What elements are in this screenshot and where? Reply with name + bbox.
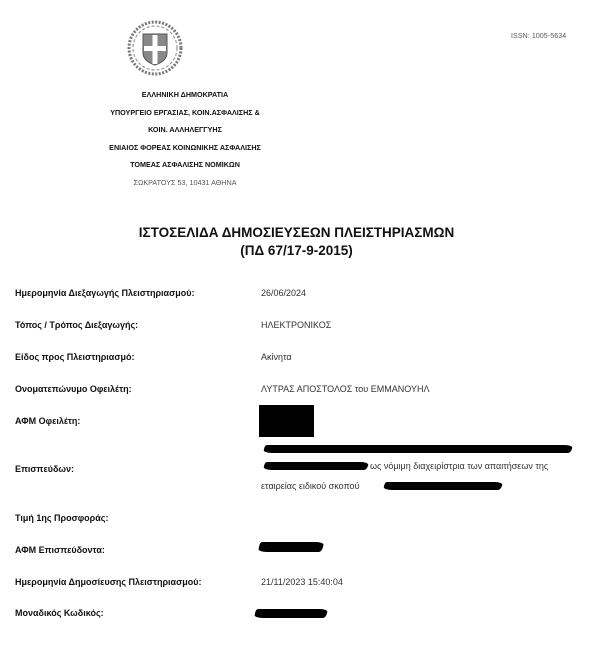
header-line-republic: ΕΛΛΗΝΙΚΗ ΔΗΜΟΚΡΑΤΙΑ bbox=[60, 86, 310, 104]
field-debtor-tax-id: ΑΦΜ Οφειλέτη: bbox=[15, 416, 80, 426]
field-label: Ημερομηνία Δημοσίευσης Πλειστηριασμού: bbox=[15, 577, 201, 587]
field-label: Τιμή 1ης Προσφοράς: bbox=[15, 513, 108, 523]
field-label: ΑΦΜ Επισπεύδοντα: bbox=[15, 545, 105, 555]
field-auction-date: Ημερομηνία Διεξαγωγής Πλειστηριασμού: bbox=[15, 288, 194, 298]
field-value-pursuing-party-line1: ως νόμιμη διαχειρίστρια των απαιτήσεων τ… bbox=[370, 461, 548, 471]
header-line-efka: ΕΝΙΑΙΟΣ ΦΟΡΕΑΣ ΚΟΙΝΩΝΙΚΗΣ ΑΣΦΑΛΙΣΗΣ bbox=[60, 139, 310, 157]
redaction-pursuing-party-line1 bbox=[263, 445, 573, 453]
field-label: Ημερομηνία Διεξαγωγής Πλειστηριασμού: bbox=[15, 288, 194, 298]
field-value-auction-date: 26/06/2024 bbox=[261, 288, 306, 298]
field-value-publication-date: 21/11/2023 15:40:04 bbox=[261, 577, 343, 587]
field-label: ΑΦΜ Οφειλέτη: bbox=[15, 416, 80, 426]
header-line-sector: ΤΟΜΕΑΣ ΑΣΦΑΛΙΣΗΣ ΝΟΜΙΚΩΝ bbox=[60, 156, 310, 174]
field-label: Επισπεύδων: bbox=[15, 464, 74, 474]
issuer-header: ΕΛΛΗΝΙΚΗ ΔΗΜΟΚΡΑΤΙΑ ΥΠΟΥΡΓΕΙΟ ΕΡΓΑΣΙΑΣ, … bbox=[60, 86, 310, 191]
field-place-method: Τόπος / Τρόπος Διεξαγωγής: bbox=[15, 320, 138, 330]
title-line-1: ΙΣΤΟΣΕΛΙΔΑ ΔΗΜΟΣΙΕΥΣΕΩΝ ΠΛΕΙΣΤΗΡΙΑΣΜΩΝ bbox=[0, 224, 593, 242]
header-line-ministry-cont: ΚΟΙΝ. ΑΛΛΗΛΕΓΓΥΗΣ bbox=[60, 121, 310, 139]
redaction-unique-code bbox=[254, 609, 328, 618]
field-label: Μοναδικός Κωδικός: bbox=[15, 608, 104, 618]
header-address: ΣΩΚΡΑΤΟΥΣ 53, 10431 ΑΘΗΝΑ bbox=[60, 174, 310, 192]
redaction-pursuing-party-line2 bbox=[263, 462, 369, 470]
field-item-type: Είδος προς Πλειστηριασμό: bbox=[15, 352, 134, 362]
redaction-debtor-tax-id bbox=[259, 405, 314, 437]
field-pursuer-tax-id: ΑΦΜ Επισπεύδοντα: bbox=[15, 545, 105, 555]
field-publication-date: Ημερομηνία Δημοσίευσης Πλειστηριασμού: bbox=[15, 577, 201, 587]
field-label: Ονοματεπώνυμο Οφειλέτη: bbox=[15, 384, 132, 394]
field-value-debtor-name: ΛΥΤΡΑΣ ΑΠΟΣΤΟΛΟΣ του ΕΜΜΑΝΟΥΗΛ bbox=[261, 384, 429, 394]
field-label: Είδος προς Πλειστηριασμό: bbox=[15, 352, 134, 362]
field-unique-code: Μοναδικός Κωδικός: bbox=[15, 608, 104, 618]
field-pursuing-party: Επισπεύδων: bbox=[15, 464, 74, 474]
field-first-offer-price: Τιμή 1ης Προσφοράς: bbox=[15, 513, 108, 523]
header-line-ministry: ΥΠΟΥΡΓΕΙΟ ΕΡΓΑΣΙΑΣ, ΚΟΙΝ.ΑΣΦΑΛΙΣΗΣ & bbox=[60, 104, 310, 122]
redaction-pursuer-tax-id bbox=[258, 542, 324, 552]
field-value-pursuing-party-line2: εταιρείας ειδικού σκοπού bbox=[261, 481, 360, 491]
redaction-spv-name bbox=[383, 482, 503, 490]
field-value-item-type: Ακίνητα bbox=[261, 352, 292, 362]
field-value-place-method: ΗΛΕΚΤΡΟΝΙΚΟΣ bbox=[261, 320, 331, 330]
page-title: ΙΣΤΟΣΕΛΙΔΑ ΔΗΜΟΣΙΕΥΣΕΩΝ ΠΛΕΙΣΤΗΡΙΑΣΜΩΝ (… bbox=[0, 224, 593, 260]
issn-label: ISSN: 1005-5634 bbox=[511, 33, 566, 40]
field-label: Τόπος / Τρόπος Διεξαγωγής: bbox=[15, 320, 138, 330]
title-line-2: (ΠΔ 67/17-9-2015) bbox=[0, 242, 593, 260]
greek-coat-of-arms-icon bbox=[126, 19, 184, 77]
field-debtor-name: Ονοματεπώνυμο Οφειλέτη: bbox=[15, 384, 132, 394]
